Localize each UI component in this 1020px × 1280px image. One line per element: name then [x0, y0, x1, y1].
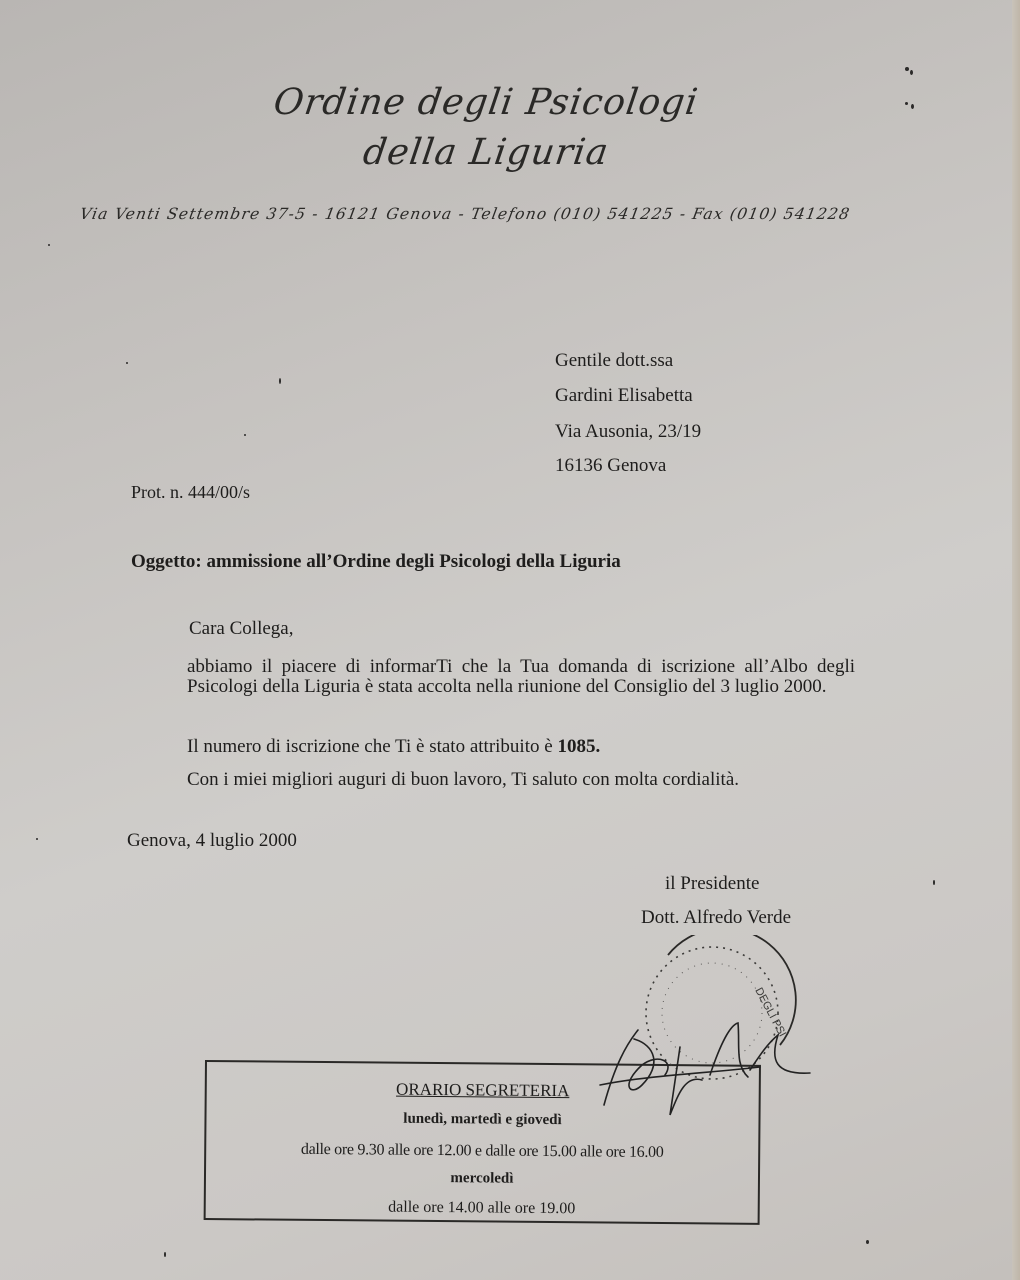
office-hours-times-2: dalle ore 14.00 alle ore 19.00	[206, 1197, 758, 1220]
registration-prefix: Il numero di iscrizione che Ti è stato a…	[187, 736, 557, 757]
page-edge	[1012, 0, 1020, 1280]
office-hours-days-2: mercoledì	[206, 1168, 758, 1190]
protocol-number: Prot. n. 444/00/s	[131, 482, 250, 503]
speck	[279, 378, 281, 384]
closing-sentence: Con i miei migliori auguri di buon lavor…	[187, 769, 739, 791]
speck	[905, 102, 908, 105]
recipient-name: Gardini Elisabetta	[555, 385, 693, 407]
letterhead-title: Ordine degli Psicologi	[0, 82, 989, 123]
letterhead-subtitle: della Liguria	[0, 132, 989, 173]
subject-line: Oggetto: ammissione all’Ordine degli Psi…	[131, 551, 621, 573]
recipient-salutation: Gentile dott.ssa	[555, 350, 673, 372]
stamp-and-signature: DEGLI PSI	[590, 935, 830, 1135]
recipient-city: 16136 Genova	[555, 455, 666, 477]
speck	[866, 1240, 869, 1244]
office-hours-times-1: dalle ore 9.30 alle ore 12.00 e dalle or…	[206, 1140, 758, 1163]
speck	[905, 67, 909, 71]
registration-sentence: Il numero di iscrizione che Ti è stato a…	[187, 736, 600, 758]
body-paragraph: abbiamo il piacere di informarTi che la …	[187, 657, 855, 697]
speck	[911, 104, 914, 109]
speck	[244, 434, 246, 436]
speck	[933, 880, 935, 885]
speck	[126, 362, 128, 364]
place-date: Genova, 4 luglio 2000	[127, 830, 297, 852]
signatory-name: Dott. Alfredo Verde	[641, 907, 791, 929]
official-stamp-icon: DEGLI PSI	[646, 935, 796, 1079]
greeting: Cara Collega,	[189, 618, 293, 640]
signatory-role: il Presidente	[665, 873, 759, 895]
svg-text:DEGLI PSI: DEGLI PSI	[752, 986, 788, 1039]
speck	[164, 1252, 166, 1257]
letterhead-address: Via Venti Settembre 37-5 - 16121 Genova …	[78, 205, 921, 223]
recipient-street: Via Ausonia, 23/19	[555, 421, 701, 443]
speck	[48, 244, 50, 246]
registration-number: 1085.	[557, 736, 600, 757]
speck	[36, 838, 38, 840]
speck	[910, 70, 913, 75]
